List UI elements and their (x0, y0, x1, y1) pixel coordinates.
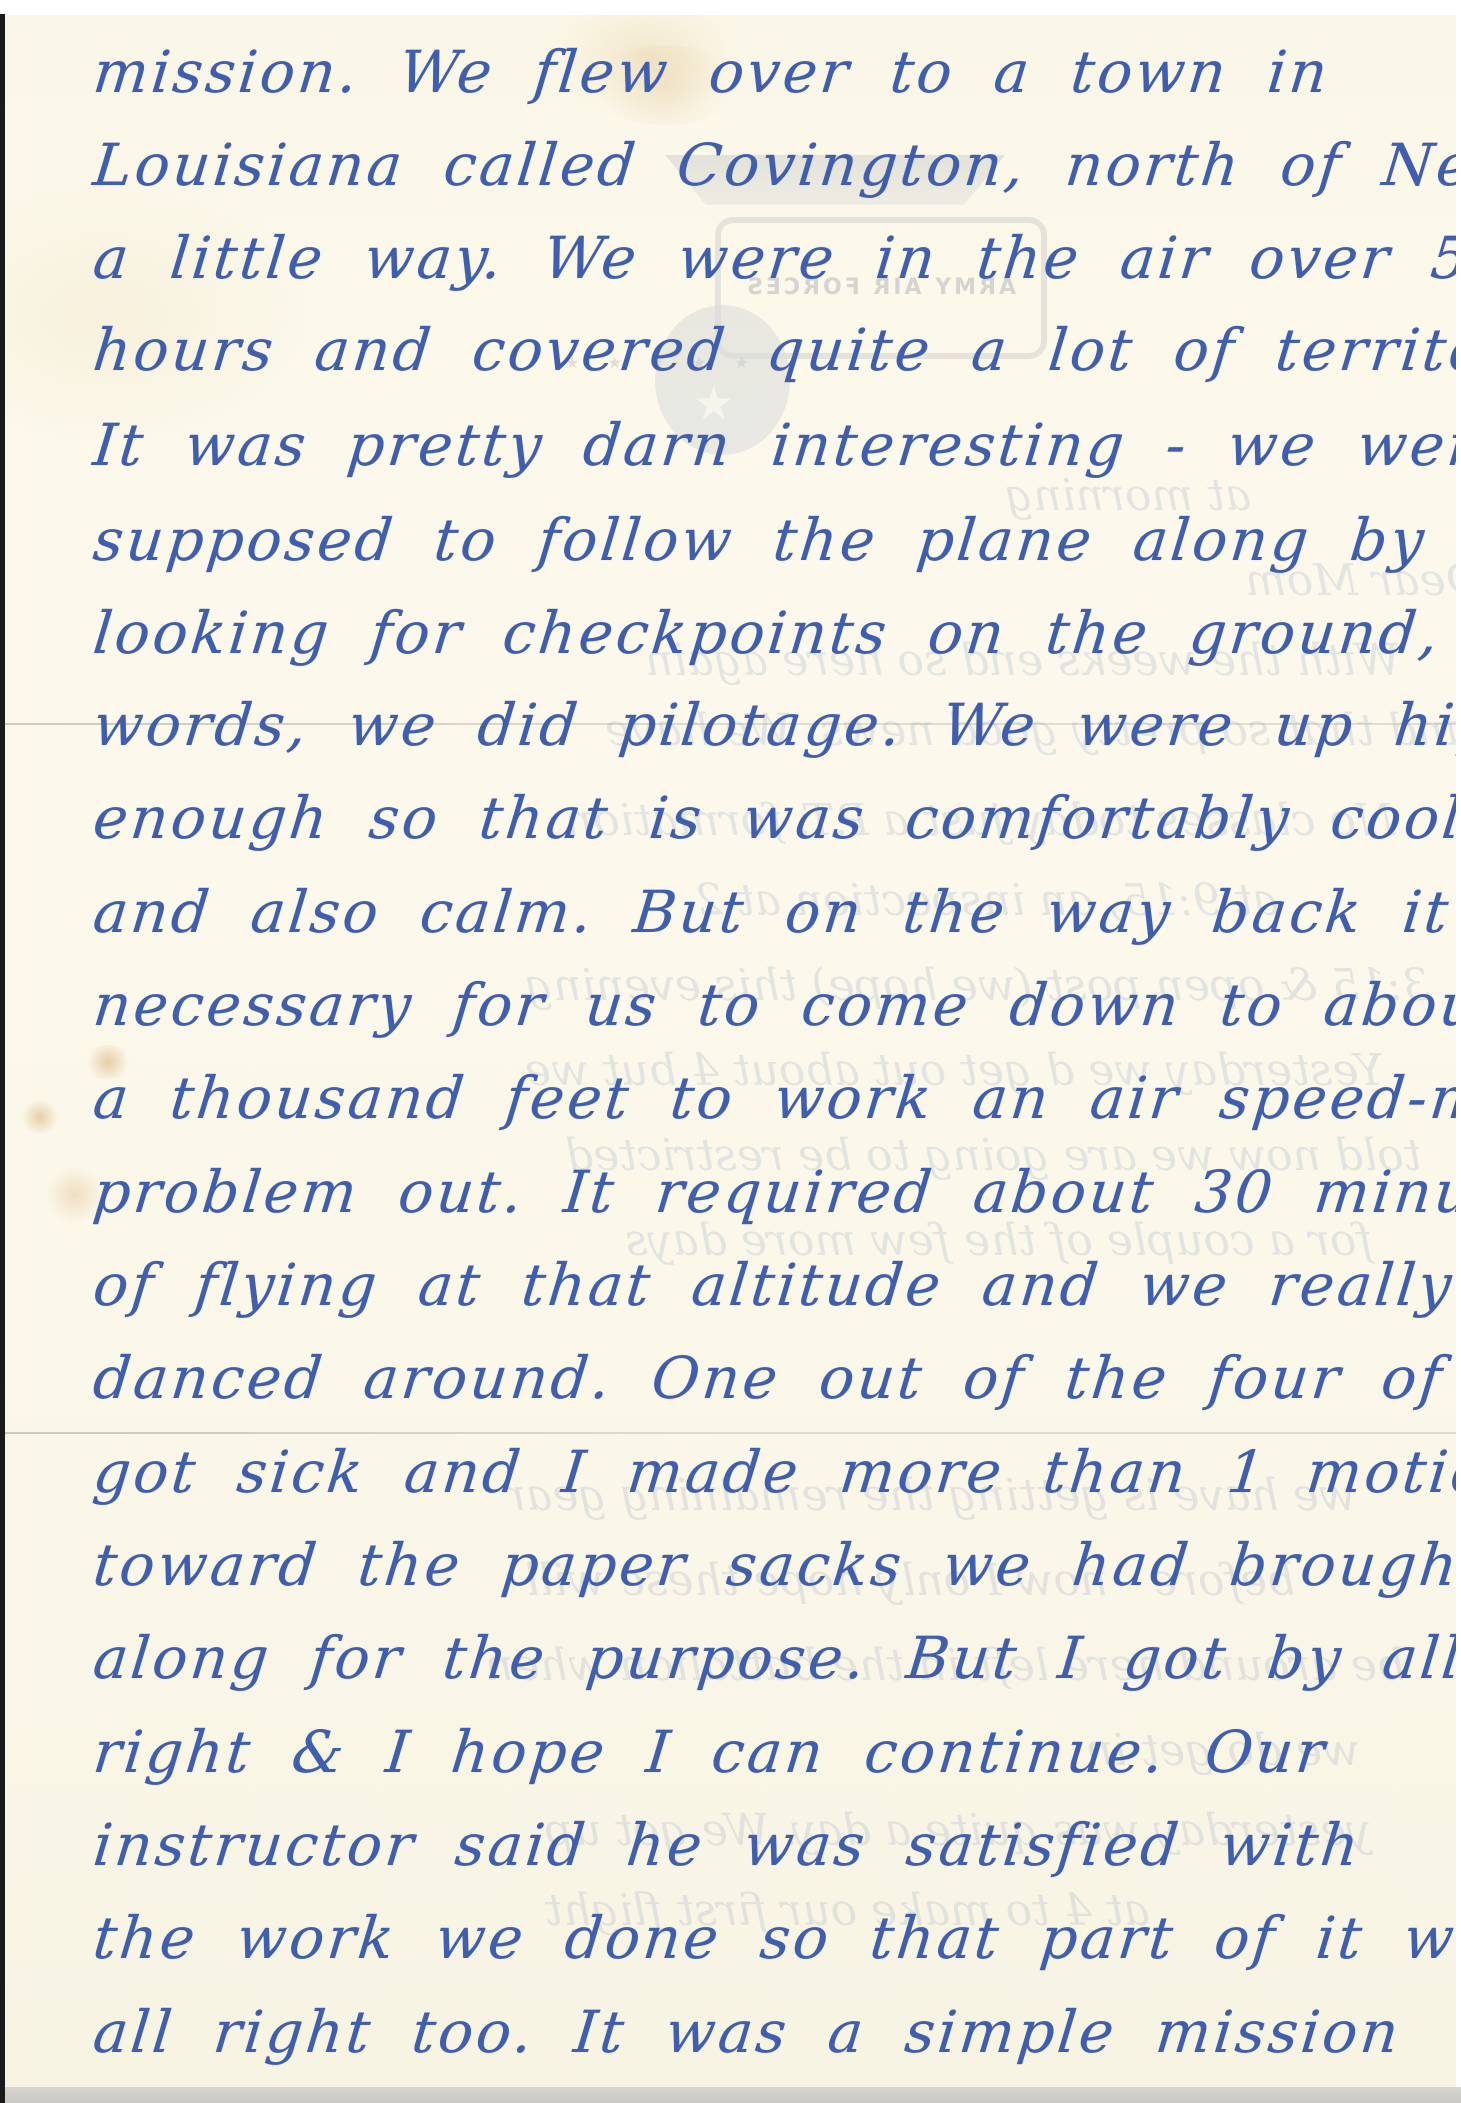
letter-line: looking for checkpoints on the ground, i… (90, 598, 1397, 668)
letter-line: a little way. We were in the air over 5 (90, 223, 1397, 293)
letter-line: enough so that is was comfortably cool (90, 783, 1397, 853)
letter-line: toward the paper sacks we had brought (90, 1530, 1397, 1600)
letter-line: along for the purpose. But I got by all (90, 1623, 1397, 1693)
scanned-letter-page: ARMY AIR FORCES ★ ★★★★★ at morning Dear … (0, 0, 1461, 2103)
scan-bottom-edge (5, 2087, 1461, 2103)
letter-line: It was pretty darn interesting - we were (90, 410, 1397, 480)
letter-line: all right too. It was a simple mission (90, 1997, 1397, 2067)
letter-line: necessary for us to come down to about (90, 970, 1397, 1040)
paper-sheet: ARMY AIR FORCES ★ ★★★★★ at morning Dear … (5, 15, 1456, 2087)
letter-body: mission. We flew over to a town in Louis… (5, 15, 1456, 2087)
letter-line: and also calm. But on the way back it wa… (90, 877, 1397, 947)
letter-line: got sick and I made more than 1 motion (90, 1437, 1397, 1507)
letter-line: hours and covered quite a lot of territo… (90, 315, 1397, 385)
letter-line: of flying at that altitude and we really (90, 1250, 1397, 1320)
letter-line: Louisiana called Covington, north of New… (90, 130, 1397, 200)
letter-line: mission. We flew over to a town in (90, 37, 1397, 107)
letter-line: the work we done so that part of it was (90, 1903, 1397, 1973)
letter-line: problem out. It required about 30 minute… (90, 1157, 1397, 1227)
letter-line: instructor said he was satisfied with (90, 1810, 1397, 1880)
letter-line: right & I hope I can continue. Our (90, 1717, 1397, 1787)
letter-line: words, we did pilotage. We were up high (90, 690, 1397, 760)
letter-line: a thousand feet to work an air speed-met… (90, 1063, 1397, 1133)
letter-line: supposed to follow the plane along by (90, 505, 1397, 575)
letter-line: danced around. One out of the four of us (90, 1343, 1397, 1413)
